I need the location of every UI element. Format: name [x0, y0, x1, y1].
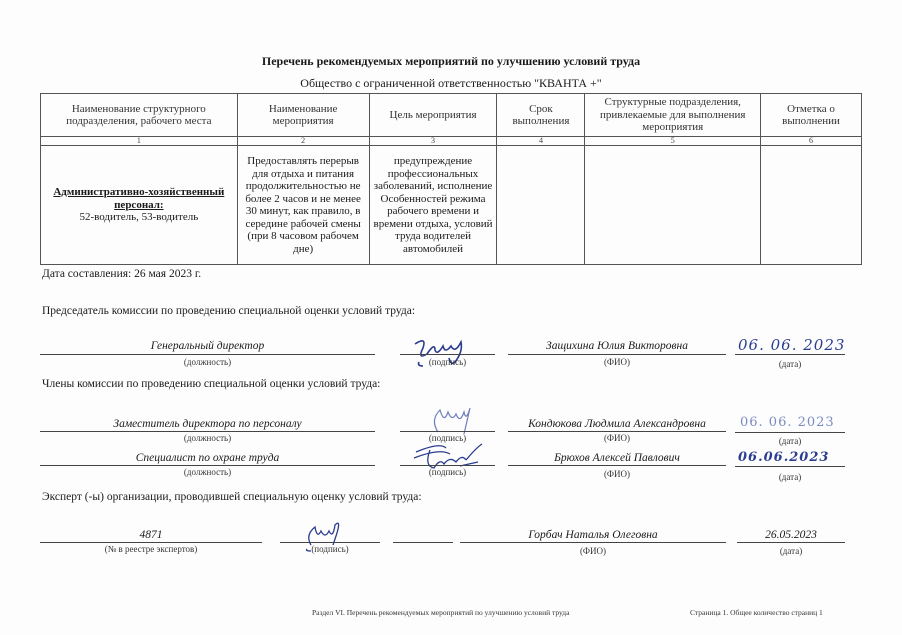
signature-line	[508, 431, 726, 432]
signature-line	[460, 542, 726, 543]
compiled-date: Дата составления: 26 мая 2023 г.	[42, 268, 201, 280]
signature-line	[735, 432, 845, 433]
chairman-date: 06. 06. 2023	[738, 336, 845, 354]
deadline-cell	[497, 146, 585, 265]
signature-line	[735, 466, 845, 467]
footer-section: Раздел VI. Перечень рекомендуемых меропр…	[312, 608, 569, 617]
signature-line	[508, 354, 726, 355]
header-completion-mark: Отметка о выполнении	[761, 94, 862, 137]
member-2-name: Брюхов Алексей Павлович	[508, 452, 726, 464]
involved-units-cell	[585, 146, 761, 265]
member-1-name: Кондюкова Людмила Александровна	[508, 418, 726, 430]
date-caption: (дата)	[735, 359, 845, 369]
signature-line	[400, 354, 495, 355]
date-caption: (дата)	[737, 546, 845, 556]
expert-name: Горбач Наталья Олеговна	[460, 529, 726, 541]
fio-caption: (ФИО)	[508, 469, 726, 479]
signature-line	[508, 465, 726, 466]
members-heading: Члены комиссии по проведению специальной…	[42, 378, 380, 390]
header-involved-units: Структурные подразделения, привлекаемые …	[585, 94, 761, 137]
expert-heading: Эксперт (-ы) организации, проводившей сп…	[42, 491, 422, 503]
header-deadline: Срок выполнения	[497, 94, 585, 137]
table-row: Административно-хозяйственный персонал: …	[41, 146, 862, 265]
measure-cell: Предоставлять перерыв для отдыха и питан…	[237, 146, 369, 265]
registry-caption: (№ в реестре экспертов)	[40, 544, 262, 554]
footer-page-count: Страница 1. Общее количество страниц 1	[690, 608, 823, 617]
signature-line	[40, 431, 375, 432]
position-caption: (должность)	[40, 467, 375, 477]
chairman-position: Генеральный директор	[40, 340, 375, 352]
table-header-row: Наименование структурного подразделения,…	[41, 94, 862, 137]
expert-registry-number: 4871	[40, 529, 262, 541]
chairman-name: Защихина Юлия Викторовна	[508, 340, 726, 352]
header-goal: Цель мероприятия	[369, 94, 497, 137]
member-2-date: 06.06.2023	[738, 450, 829, 465]
signature-line	[400, 465, 495, 466]
workplaces: 52-водитель, 53-водитель	[43, 211, 235, 224]
document-title: Перечень рекомендуемых мероприятий по ул…	[0, 54, 902, 69]
column-numbers-row: 1 2 3 4 5 6	[41, 137, 862, 146]
position-caption: (должность)	[40, 433, 375, 443]
member-1-date: 06. 06. 2023	[740, 415, 835, 430]
fio-caption: (ФИО)	[460, 546, 726, 556]
fio-caption: (ФИО)	[508, 357, 726, 367]
column-number: 5	[585, 137, 761, 146]
column-number: 2	[237, 137, 369, 146]
completion-mark-cell	[761, 146, 862, 265]
signature-line	[40, 542, 262, 543]
department-name: Административно-хозяйственный персонал:	[43, 186, 235, 211]
column-number: 3	[369, 137, 497, 146]
chairman-heading: Председатель комиссии по проведению спец…	[42, 305, 415, 317]
member-1-position: Заместитель директора по персоналу	[40, 418, 375, 430]
signature-caption: (подпись)	[280, 544, 380, 554]
measures-table: Наименование структурного подразделения,…	[40, 93, 862, 265]
column-number: 6	[761, 137, 862, 146]
header-department: Наименование структурного подразделения,…	[41, 94, 238, 137]
fio-caption: (ФИО)	[508, 433, 726, 443]
signature-caption: (подпись)	[400, 357, 495, 367]
date-caption: (дата)	[735, 436, 845, 446]
expert-date: 26.05.2023	[737, 529, 845, 541]
signature-line	[735, 354, 845, 355]
goal-cell: предупреждение профессиональных заболева…	[369, 146, 497, 265]
signature-caption: (подпись)	[400, 467, 495, 477]
header-measure: Наименование мероприятия	[237, 94, 369, 137]
date-caption: (дата)	[735, 472, 845, 482]
signature-line	[40, 354, 375, 355]
column-number: 1	[41, 137, 238, 146]
signature-line	[40, 465, 375, 466]
signature-line	[737, 542, 845, 543]
member-2-position: Специалист по охране труда	[40, 452, 375, 464]
department-cell: Административно-хозяйственный персонал: …	[41, 146, 238, 265]
signature-line	[400, 431, 495, 432]
signature-line	[280, 542, 380, 543]
organization-name: Общество с ограниченной ответственностью…	[0, 76, 902, 91]
column-number: 4	[497, 137, 585, 146]
position-caption: (должность)	[40, 357, 375, 367]
signature-line	[393, 542, 453, 543]
